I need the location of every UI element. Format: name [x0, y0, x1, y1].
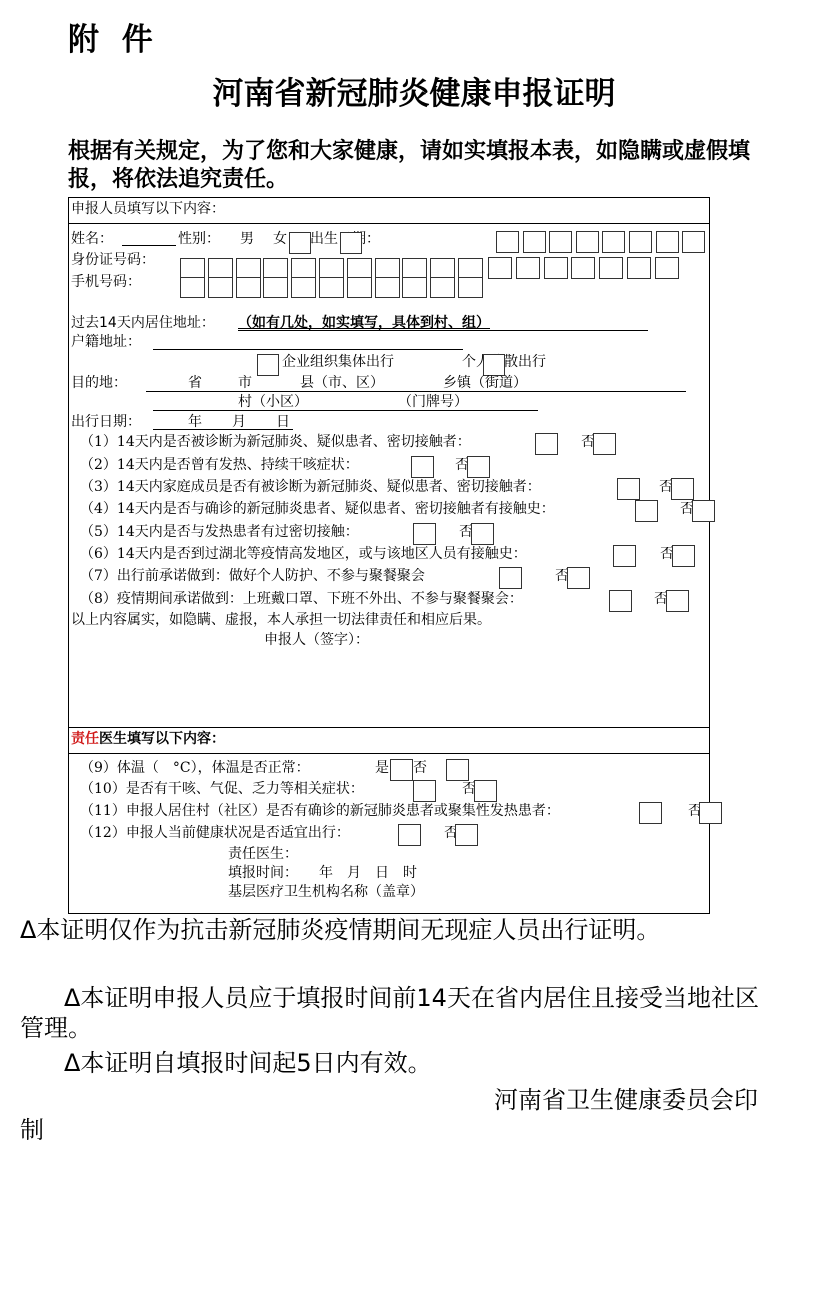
- residence-input[interactable]: [238, 330, 648, 331]
- yes-checkbox[interactable]: [413, 523, 436, 545]
- phone-digit-box[interactable]: [319, 277, 344, 298]
- yes-checkbox[interactable]: [499, 567, 522, 589]
- phone-digit-box[interactable]: [402, 277, 427, 298]
- city-label: 市: [238, 375, 252, 391]
- heading-red-part: 责任: [71, 731, 99, 747]
- id-digit-box[interactable]: [458, 258, 483, 279]
- travel-date-input[interactable]: [153, 429, 293, 430]
- no-checkbox[interactable]: [474, 780, 497, 802]
- question-text: （5）14天内是否与发热患者有过密切接触：: [80, 524, 359, 540]
- attachment-label: 附 件: [68, 14, 159, 59]
- gender-label: 性别：: [178, 231, 220, 247]
- id-digit-box[interactable]: [208, 258, 233, 279]
- birth-date-digit-box[interactable]: [682, 231, 705, 253]
- divider: [68, 223, 710, 224]
- question-text: （3）14天内家庭成员是否有被诊断为新冠肺炎、疑似患者、密切接触者：: [80, 479, 541, 495]
- divider: [68, 727, 710, 728]
- phone-digit-box[interactable]: [291, 277, 316, 298]
- province-label: 省: [188, 375, 202, 391]
- destination-label: 目的地：: [71, 375, 127, 391]
- id-digit-box[interactable]: [236, 258, 261, 279]
- residence-hint: （如有几处，如实填写，具体到村、组）: [238, 315, 490, 331]
- id-digit-box[interactable]: [291, 258, 316, 279]
- note-1-text: Δ本证明仅作为抗击新冠肺炎疫情期间无现症人员出行证明。: [20, 916, 660, 944]
- yes-checkbox[interactable]: [411, 456, 434, 478]
- destination-input-line1[interactable]: [146, 391, 686, 392]
- doctor-label: 责任医生：: [228, 846, 298, 862]
- phone-digit-box[interactable]: [347, 277, 372, 298]
- no-checkbox[interactable]: [699, 802, 722, 824]
- day-label: 日: [276, 414, 290, 430]
- residence-label: 过去14天内居住地址：: [71, 315, 215, 331]
- id-digit-box[interactable]: [655, 257, 679, 279]
- yes-checkbox[interactable]: [413, 780, 436, 802]
- id-digit-box[interactable]: [627, 257, 651, 279]
- id-digit-box[interactable]: [516, 257, 540, 279]
- yes-label: 是: [375, 760, 389, 776]
- phone-label: 手机号码：: [71, 274, 141, 290]
- question-text: （9）体温（ °C），体温是否正常：: [80, 760, 310, 776]
- id-digit-box[interactable]: [571, 257, 595, 279]
- gender-female: 女: [273, 231, 287, 247]
- birth-date-digit-box[interactable]: [523, 231, 546, 253]
- phone-digit-box[interactable]: [208, 277, 233, 298]
- name-label: 姓名：: [71, 231, 113, 247]
- group-travel-checkbox[interactable]: [257, 354, 279, 376]
- divider: [68, 753, 710, 754]
- household-label: 户籍地址：: [71, 334, 141, 350]
- yes-checkbox[interactable]: [390, 759, 413, 781]
- phone-digit-box[interactable]: [263, 277, 288, 298]
- question-text: （8）疫情期间承诺做到：上班戴口罩、下班不外出、不参与聚餐聚会：: [80, 591, 523, 607]
- declaration-text: 以上内容属实，如隐瞒、虚报，本人承担一切法律责任和相应后果。: [71, 612, 491, 628]
- id-digit-box[interactable]: [430, 258, 455, 279]
- signature-label: 申报人（签字）：: [264, 632, 369, 648]
- id-digit-box[interactable]: [375, 258, 400, 279]
- id-digit-box[interactable]: [263, 258, 288, 279]
- question-text: （6）14天内是否到过湖北等疫情高发地区，或与该地区人员有接触史：: [80, 546, 527, 562]
- month-label: 月: [232, 414, 246, 430]
- no-checkbox[interactable]: [666, 590, 689, 612]
- birth-date-digit-box[interactable]: [656, 231, 679, 253]
- question-text: （4）14天内是否与确诊的新冠肺炎患者、疑似患者、密切接触者有接触史：: [80, 501, 555, 517]
- note-2-text: Δ本证明申报人员应于填报时间前14天在省内居住且接受当地社区管理。: [20, 984, 759, 1042]
- yes-checkbox[interactable]: [639, 802, 662, 824]
- id-digit-box[interactable]: [544, 257, 568, 279]
- id-digit-box[interactable]: [347, 258, 372, 279]
- yes-checkbox[interactable]: [398, 824, 421, 846]
- phone-digit-box[interactable]: [430, 277, 455, 298]
- house-number-label: （门牌号）: [398, 394, 468, 410]
- phone-digit-box[interactable]: [458, 277, 483, 298]
- institution-label: 基层医疗卫生机构名称（盖章）: [228, 884, 424, 900]
- intro-text: 根据有关规定，为了您和大家健康，请如实填报本表，如隐瞒或虚假填报，将依法追究责任…: [68, 138, 768, 194]
- id-digit-box[interactable]: [402, 258, 427, 279]
- note-2: Δ本证明申报人员应于填报时间前14天在省内居住且接受当地社区管理。: [20, 983, 765, 1043]
- question-text: （11）申报人居住村（社区）是否有确诊的新冠肺炎患者或聚集性发热患者：: [80, 803, 560, 819]
- phone-digit-box[interactable]: [180, 277, 205, 298]
- birth-date-digit-box[interactable]: [602, 231, 625, 253]
- no-checkbox[interactable]: [471, 523, 494, 545]
- page-title: 河南省新冠肺炎健康申报证明: [0, 68, 828, 113]
- note-1: Δ本证明仅作为抗击新冠肺炎疫情期间无现症人员出行证明。: [20, 915, 765, 945]
- no-checkbox[interactable]: [567, 567, 590, 589]
- yes-checkbox[interactable]: [609, 590, 632, 612]
- phone-digit-box[interactable]: [236, 277, 261, 298]
- birth-date-digit-box[interactable]: [549, 231, 572, 253]
- yes-checkbox[interactable]: [535, 433, 558, 455]
- gender-male-checkbox[interactable]: [289, 232, 311, 254]
- question-text: （7）出行前承诺做到：做好个人防护、不参与聚餐聚会: [80, 568, 425, 584]
- phone-digit-box[interactable]: [375, 277, 400, 298]
- id-digit-box[interactable]: [488, 257, 512, 279]
- id-label: 身份证号码：: [71, 252, 155, 268]
- no-label: 否: [413, 760, 427, 776]
- applicant-section-heading: 申报人员填写以下内容：: [71, 201, 225, 217]
- no-checkbox[interactable]: [446, 759, 469, 781]
- yes-checkbox[interactable]: [635, 500, 658, 522]
- id-digit-box[interactable]: [599, 257, 623, 279]
- no-checkbox[interactable]: [672, 545, 695, 567]
- household-input[interactable]: [153, 349, 463, 350]
- no-checkbox[interactable]: [671, 478, 694, 500]
- village-label: 村（小区）: [238, 394, 308, 410]
- individual-travel-checkbox[interactable]: [483, 354, 505, 376]
- question-text: （2）14天内是否曾有发热、持续干咳症状：: [80, 457, 359, 473]
- destination-input-line2[interactable]: [153, 410, 538, 411]
- question-text: （12）申报人当前健康状况是否适宜出行：: [80, 825, 350, 841]
- gender-female-checkbox[interactable]: [340, 232, 362, 254]
- birth-date-digit-box[interactable]: [576, 231, 599, 253]
- issuer: 河南省卫生健康委员会印制: [20, 1085, 765, 1145]
- gender-male: 男: [240, 231, 254, 247]
- id-digit-box[interactable]: [319, 258, 344, 279]
- question-text: （10）是否有干咳、气促、乏力等相关症状：: [80, 781, 364, 797]
- no-checkbox[interactable]: [593, 433, 616, 455]
- yes-checkbox[interactable]: [613, 545, 636, 567]
- heading-rest-part: 医生填写以下内容：: [99, 731, 225, 747]
- fill-time-label: 填报时间： 年 月 日 时: [228, 865, 417, 881]
- question-text: （1）14天内是否被诊断为新冠肺炎、疑似患者、密切接触者：: [80, 434, 471, 450]
- name-input[interactable]: [122, 245, 176, 246]
- id-digit-box[interactable]: [180, 258, 205, 279]
- travel-date-label: 出行日期：: [71, 414, 141, 430]
- year-label: 年: [188, 414, 202, 430]
- township-label: 乡镇（街道）: [443, 375, 527, 391]
- note-3: Δ本证明自填报时间起5日内有效。: [64, 1048, 432, 1078]
- no-checkbox[interactable]: [467, 456, 490, 478]
- yes-checkbox[interactable]: [617, 478, 640, 500]
- birth-date-digit-box[interactable]: [629, 231, 652, 253]
- no-checkbox[interactable]: [455, 824, 478, 846]
- doctor-section-heading: 责任医生填写以下内容：: [71, 731, 225, 747]
- group-travel-label: 企业组织集体出行: [282, 354, 394, 370]
- birth-date-digit-box[interactable]: [496, 231, 519, 253]
- no-checkbox[interactable]: [692, 500, 715, 522]
- county-label: 县（市、区）: [300, 375, 384, 391]
